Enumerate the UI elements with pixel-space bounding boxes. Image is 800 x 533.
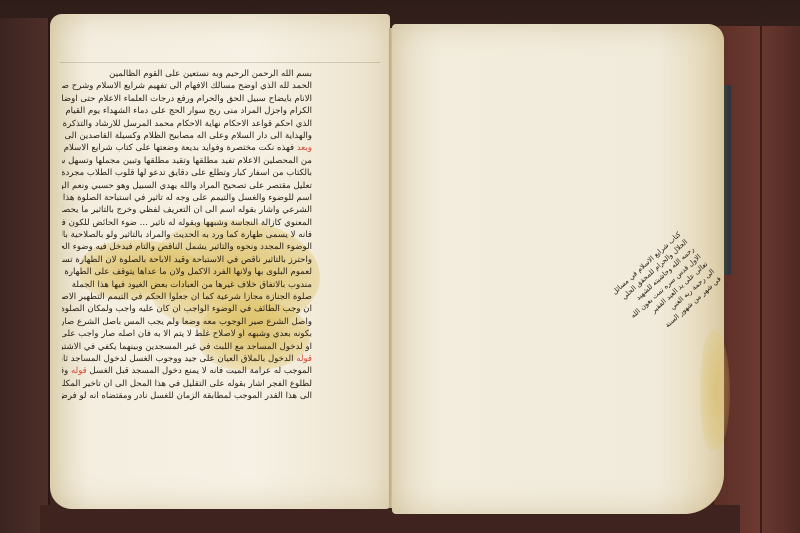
- manuscript-line: بكونه بعدي وشبهه او لاصلاح غلط لا يتم ال…: [62, 328, 312, 340]
- manuscript-text-block: بسم الله الرحمن الرحيم وبه نستعين على ال…: [62, 68, 312, 403]
- edge-stain: [700, 330, 730, 450]
- manuscript-line: تعليل مقتصر على تصحيح المراد والله يهدي …: [62, 180, 312, 192]
- manuscript-line: الكرام واجزل المراد منى ربح سوار الحج عل…: [62, 105, 312, 117]
- manuscript-line: الانام بايضاح سبيل الحق والحرام ورفع درج…: [62, 93, 312, 105]
- manuscript-line: الوضوء المجدد ونحوه والتاثير يشمل الناقص…: [62, 241, 312, 253]
- manuscript-line: الشرعي واشار بقوله اسم الى ان التعريف لف…: [62, 204, 312, 216]
- manuscript-line: بسم الله الرحمن الرحيم وبه نستعين على ال…: [62, 68, 312, 80]
- manuscript-line: والهداية الى دار السلام وعلى اله مصابيح …: [62, 130, 312, 142]
- manuscript-line: واصل الشرع صير الوجوب معه وضعا ولم يجب ا…: [62, 316, 312, 328]
- manuscript-line: قوله الدخول بالملاق العيان على جيد ووجوب…: [62, 353, 312, 365]
- manuscript-line: الحمد لله الذي اوضح مسالك الافهام الى تف…: [62, 80, 312, 92]
- cover-seam: [760, 26, 762, 533]
- manuscript-line: لطلوع الفجر اشار بقوله على التقليل في هذ…: [62, 378, 312, 390]
- rubric-word: قوله: [68, 366, 87, 376]
- manuscript-line: من المحصلين الاعلام تفيد مطلقها وتقيد مط…: [62, 155, 312, 167]
- manuscript-line: اسم للوضوء والغسل والتيمم على وجه له تاث…: [62, 192, 312, 204]
- manuscript-line: ان وجب الطائف في الوضوء الواجب ان كان عل…: [62, 303, 312, 315]
- rubric-word: قوله: [293, 354, 312, 364]
- manuscript-line: الموجب له عرامة الميت فانه لا يمنع دخول …: [62, 365, 312, 377]
- manuscript-line: الذي احكم قواعد الاحكام نهاية الاحكام مح…: [62, 118, 312, 130]
- manuscript-line: فانه لا يسمى طهارة كما ورد به الحديث وال…: [62, 229, 312, 241]
- book-cover-left: [0, 18, 50, 533]
- manuscript-line: لعموم البلوى بها ولانها الفرد الاكمل ولا…: [62, 266, 312, 278]
- manuscript-line: واحترز بالتاثير ناقص في الاستباحة وقيد ا…: [62, 254, 312, 266]
- manuscript-line: او لدخول المساجد مع اللبث في غير المسجدي…: [62, 341, 312, 353]
- page-rule-line: [60, 62, 380, 63]
- rubric-word: وبعد: [294, 143, 312, 153]
- manuscript-line: المعنوي كازالة النجاسة وشبهها وبقوله له …: [62, 217, 312, 229]
- manuscript-line: بالكتاب من اسفار كبار وتطلع على دقايق تد…: [62, 167, 312, 179]
- manuscript-line: وبعد فهذه نكت مختصرة وفوايد بديعة وضعتها…: [62, 142, 312, 154]
- manuscript-line: الى هذا القدر الموجب لمطابقة الزمان للغس…: [62, 390, 312, 402]
- manuscript-line: صلوة الجنازة مجازا شرعية كما ان جعلوا ال…: [62, 291, 312, 303]
- manuscript-line: مندوب بالاتفاق خلاف غيرها من العبادات بع…: [62, 279, 312, 291]
